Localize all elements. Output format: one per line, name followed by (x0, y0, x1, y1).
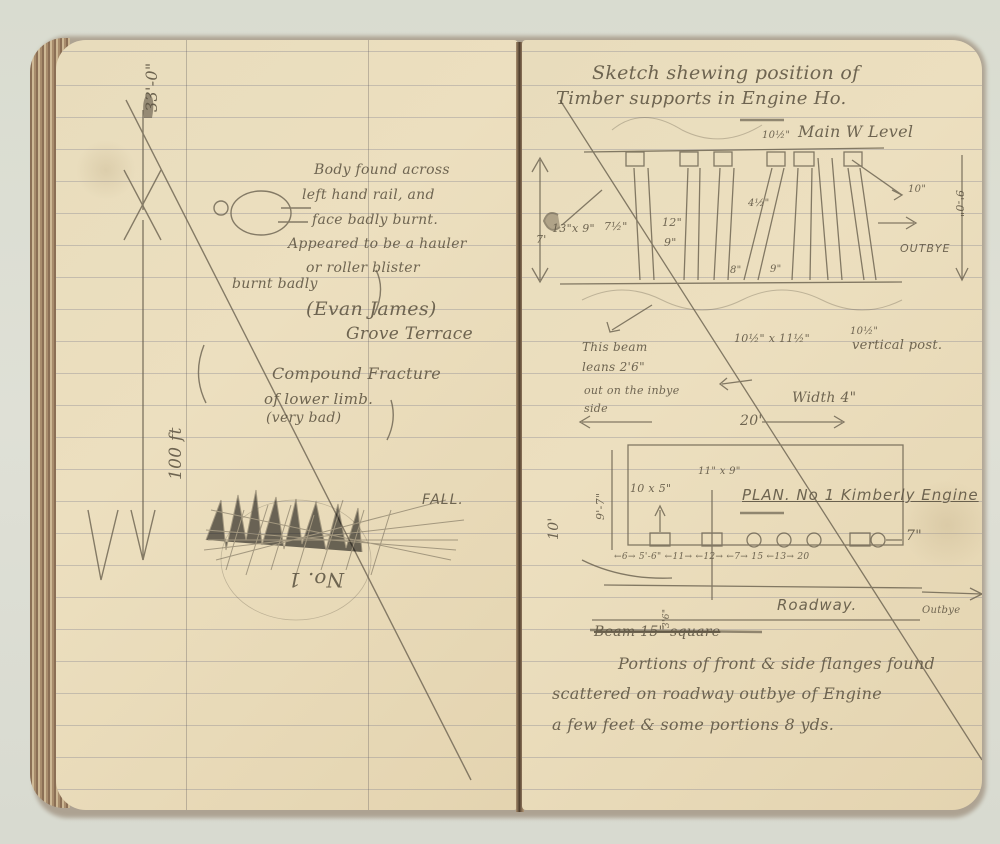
beam-note-line-3: out on the inbye (584, 384, 680, 397)
dimension-timber-1: 13"x 9" (552, 222, 595, 235)
injury-line-1: Compound Fracture (272, 364, 441, 383)
beam-note-line-4: side (584, 402, 608, 415)
victim-name: (Evan James) (306, 298, 437, 320)
paper-stain (76, 140, 136, 200)
plan-spacings: ←6→ 5'-6" ←11→ ←12→ ←7→ 15 ←13→ 20 (614, 552, 809, 562)
note-line-5: or roller blister (306, 260, 420, 276)
dimension-timber-5: 4½" (748, 198, 770, 209)
span-label: 20' (740, 413, 763, 429)
note-line-2: left hand rail, and (302, 187, 435, 203)
footer-line-3: a few feet & some portions 8 yds. (552, 715, 834, 734)
roadway-label: Roadway. (777, 596, 857, 614)
outbye-label: OUTBYE (900, 242, 950, 255)
beam-note-line-1: This beam (582, 340, 648, 354)
main-level-label: Main W Level (798, 122, 913, 141)
plan-side-dim: 10' (546, 517, 562, 540)
footer-line-1: Portions of front & side flanges found (618, 654, 935, 673)
right-page: Sketch shewing position of Timber suppor… (522, 40, 982, 810)
note-line-4: Appeared to be a hauler (288, 236, 467, 252)
margin-line (186, 40, 187, 810)
footer-line-2: scattered on roadway outbye of Engine (552, 684, 882, 703)
victim-address: Grove Terrace (346, 324, 473, 344)
plan-dim-2: 11" x 9" (698, 466, 741, 477)
plan-dim-1: 10 x 5" (630, 482, 671, 495)
sketch-title-line-2: Timber supports in Engine Ho. (556, 88, 847, 109)
top-measurement: 33'-0" (142, 62, 161, 112)
scribble-label: No. 1 (288, 568, 344, 592)
roadway-direction-label: Outbye (922, 605, 960, 616)
injury-line-2: of lower limb. (264, 390, 373, 408)
note-line-1: Body found across (314, 162, 450, 178)
dimension-timber-6: 8" (730, 265, 742, 276)
plan-title: PLAN. No 1 Kimberly Engine (742, 486, 979, 504)
top-dimension: 10½" (762, 130, 790, 141)
injury-line-3: (very bad) (266, 410, 341, 426)
fall-label: FALL. (422, 492, 464, 508)
sketch-title-line-1: Sketch shewing position of (592, 62, 859, 84)
note-line-3: face badly burnt. (312, 212, 438, 228)
dimension-timber-4: 9" (664, 236, 677, 249)
margin-line (368, 40, 369, 810)
notebook: 33'-0" 100 ft Body found across left han… (30, 32, 988, 818)
width-note: Width 4" (792, 390, 856, 406)
plan-right-mark: 7" (906, 528, 922, 544)
vertical-post-dim: 10½" (850, 326, 878, 337)
dimension-timber-3: 12" (662, 216, 682, 229)
beam-note-line-2: leans 2'6" (582, 360, 645, 374)
struck-text: Beam 15" square (594, 624, 720, 640)
dimension-timber-2: 7½" (604, 220, 628, 233)
vertical-post-label: vertical post. (852, 338, 942, 353)
note-line-6: burnt badly (232, 276, 318, 292)
side-dimension-right: 10" (908, 184, 926, 195)
vertical-measurement: 100 ft (166, 427, 186, 480)
plan-vertical-dim: 9'-7" (594, 493, 607, 520)
left-page: 33'-0" 100 ft Body found across left han… (56, 40, 518, 810)
timber-size: 10½" x 11½" (734, 332, 810, 345)
vertical-dimension-left: 7' (536, 233, 547, 246)
dimension-timber-7: 9" (770, 264, 782, 275)
vertical-dimension-right: 9'-0" (953, 190, 966, 217)
